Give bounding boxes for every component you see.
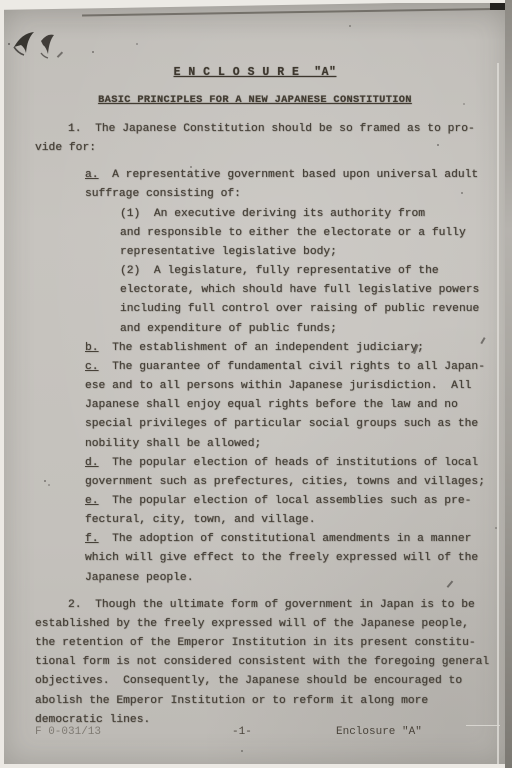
document-line: c. The guarantee of fundamental civil ri… <box>35 358 497 377</box>
list-item-marker: c. <box>85 361 99 373</box>
footer-reference-number: F 0-031/13 <box>35 726 101 738</box>
scan-page-crease <box>82 8 512 17</box>
document-scan: E N C L O S U R E "A" BASIC PRINCIPLES F… <box>0 0 512 768</box>
list-item-marker: f. <box>85 533 99 545</box>
document-line: which will give effect to the freely exp… <box>35 549 497 568</box>
document-line: and responsible to either the electorate… <box>35 224 497 243</box>
scan-right-edge-strip <box>505 0 512 768</box>
scan-scratch <box>466 725 500 726</box>
scan-corner-artifact <box>490 3 506 10</box>
document-line: the retention of the Emperor Institution… <box>35 634 497 653</box>
document-line: (1) An executive deriving its authority … <box>35 205 497 224</box>
document-line: fectural, city, town, and village. <box>35 511 497 530</box>
footer-enclosure-label: Enclosure "A" <box>336 726 422 738</box>
document-line: special privileges of particular social … <box>35 415 497 434</box>
document-line: and expenditure of public funds; <box>35 320 497 339</box>
scan-right-edge-highlight <box>497 63 499 764</box>
document-line: established by the freely expressed will… <box>35 615 497 634</box>
document-page: E N C L O S U R E "A" BASIC PRINCIPLES F… <box>4 3 506 764</box>
list-item-marker: e. <box>85 495 99 507</box>
document-line: vide for: <box>35 139 497 158</box>
document-line: abolish the Emperor Institution or to re… <box>35 692 497 711</box>
document-line: representative legislative body; <box>35 243 497 262</box>
footer-page-number: -1- <box>232 726 252 738</box>
document-line: Japanese shall enjoy equal rights before… <box>35 396 497 415</box>
document-line: democratic lines. <box>35 711 497 730</box>
document-line: government such as prefectures, cities, … <box>35 473 497 492</box>
document-line: including full control over raising of p… <box>35 300 497 319</box>
document-line: Japanese people. <box>35 569 497 588</box>
document-line: a. A representative government based upo… <box>35 166 497 185</box>
document-line: b. The establishment of an independent j… <box>35 339 497 358</box>
document-line: tional form is not considered consistent… <box>35 653 497 672</box>
list-item-marker: a. <box>85 169 99 181</box>
document-line: objectives. Consequently, the Japanese s… <box>35 672 497 691</box>
scan-noise <box>8 43 10 45</box>
document-body: 1. The Japanese Constitution should be s… <box>35 120 497 730</box>
document-title: E N C L O S U R E "A" <box>4 66 506 79</box>
document-line: d. The popular election of heads of inst… <box>35 454 497 473</box>
document-line: nobility shall be allowed; <box>35 435 497 454</box>
document-line: 1. The Japanese Constitution should be s… <box>35 120 497 139</box>
list-item-marker: d. <box>85 457 99 469</box>
document-line: f. The adoption of constitutional amendm… <box>35 530 497 549</box>
list-item-marker: b. <box>85 342 99 354</box>
document-line: ese and to all persons within Japanese j… <box>35 377 497 396</box>
document-line: (2) A legislature, fully representative … <box>35 262 497 281</box>
document-subtitle: BASIC PRINCIPLES FOR A NEW JAPANESE CONS… <box>4 94 506 106</box>
document-line: electorate, which should have full legis… <box>35 281 497 300</box>
document-line: 2. Though the ultimate form of governmen… <box>35 596 497 615</box>
document-line: suffrage consisting of: <box>35 185 497 204</box>
document-line: e. The popular election of local assembl… <box>35 492 497 511</box>
